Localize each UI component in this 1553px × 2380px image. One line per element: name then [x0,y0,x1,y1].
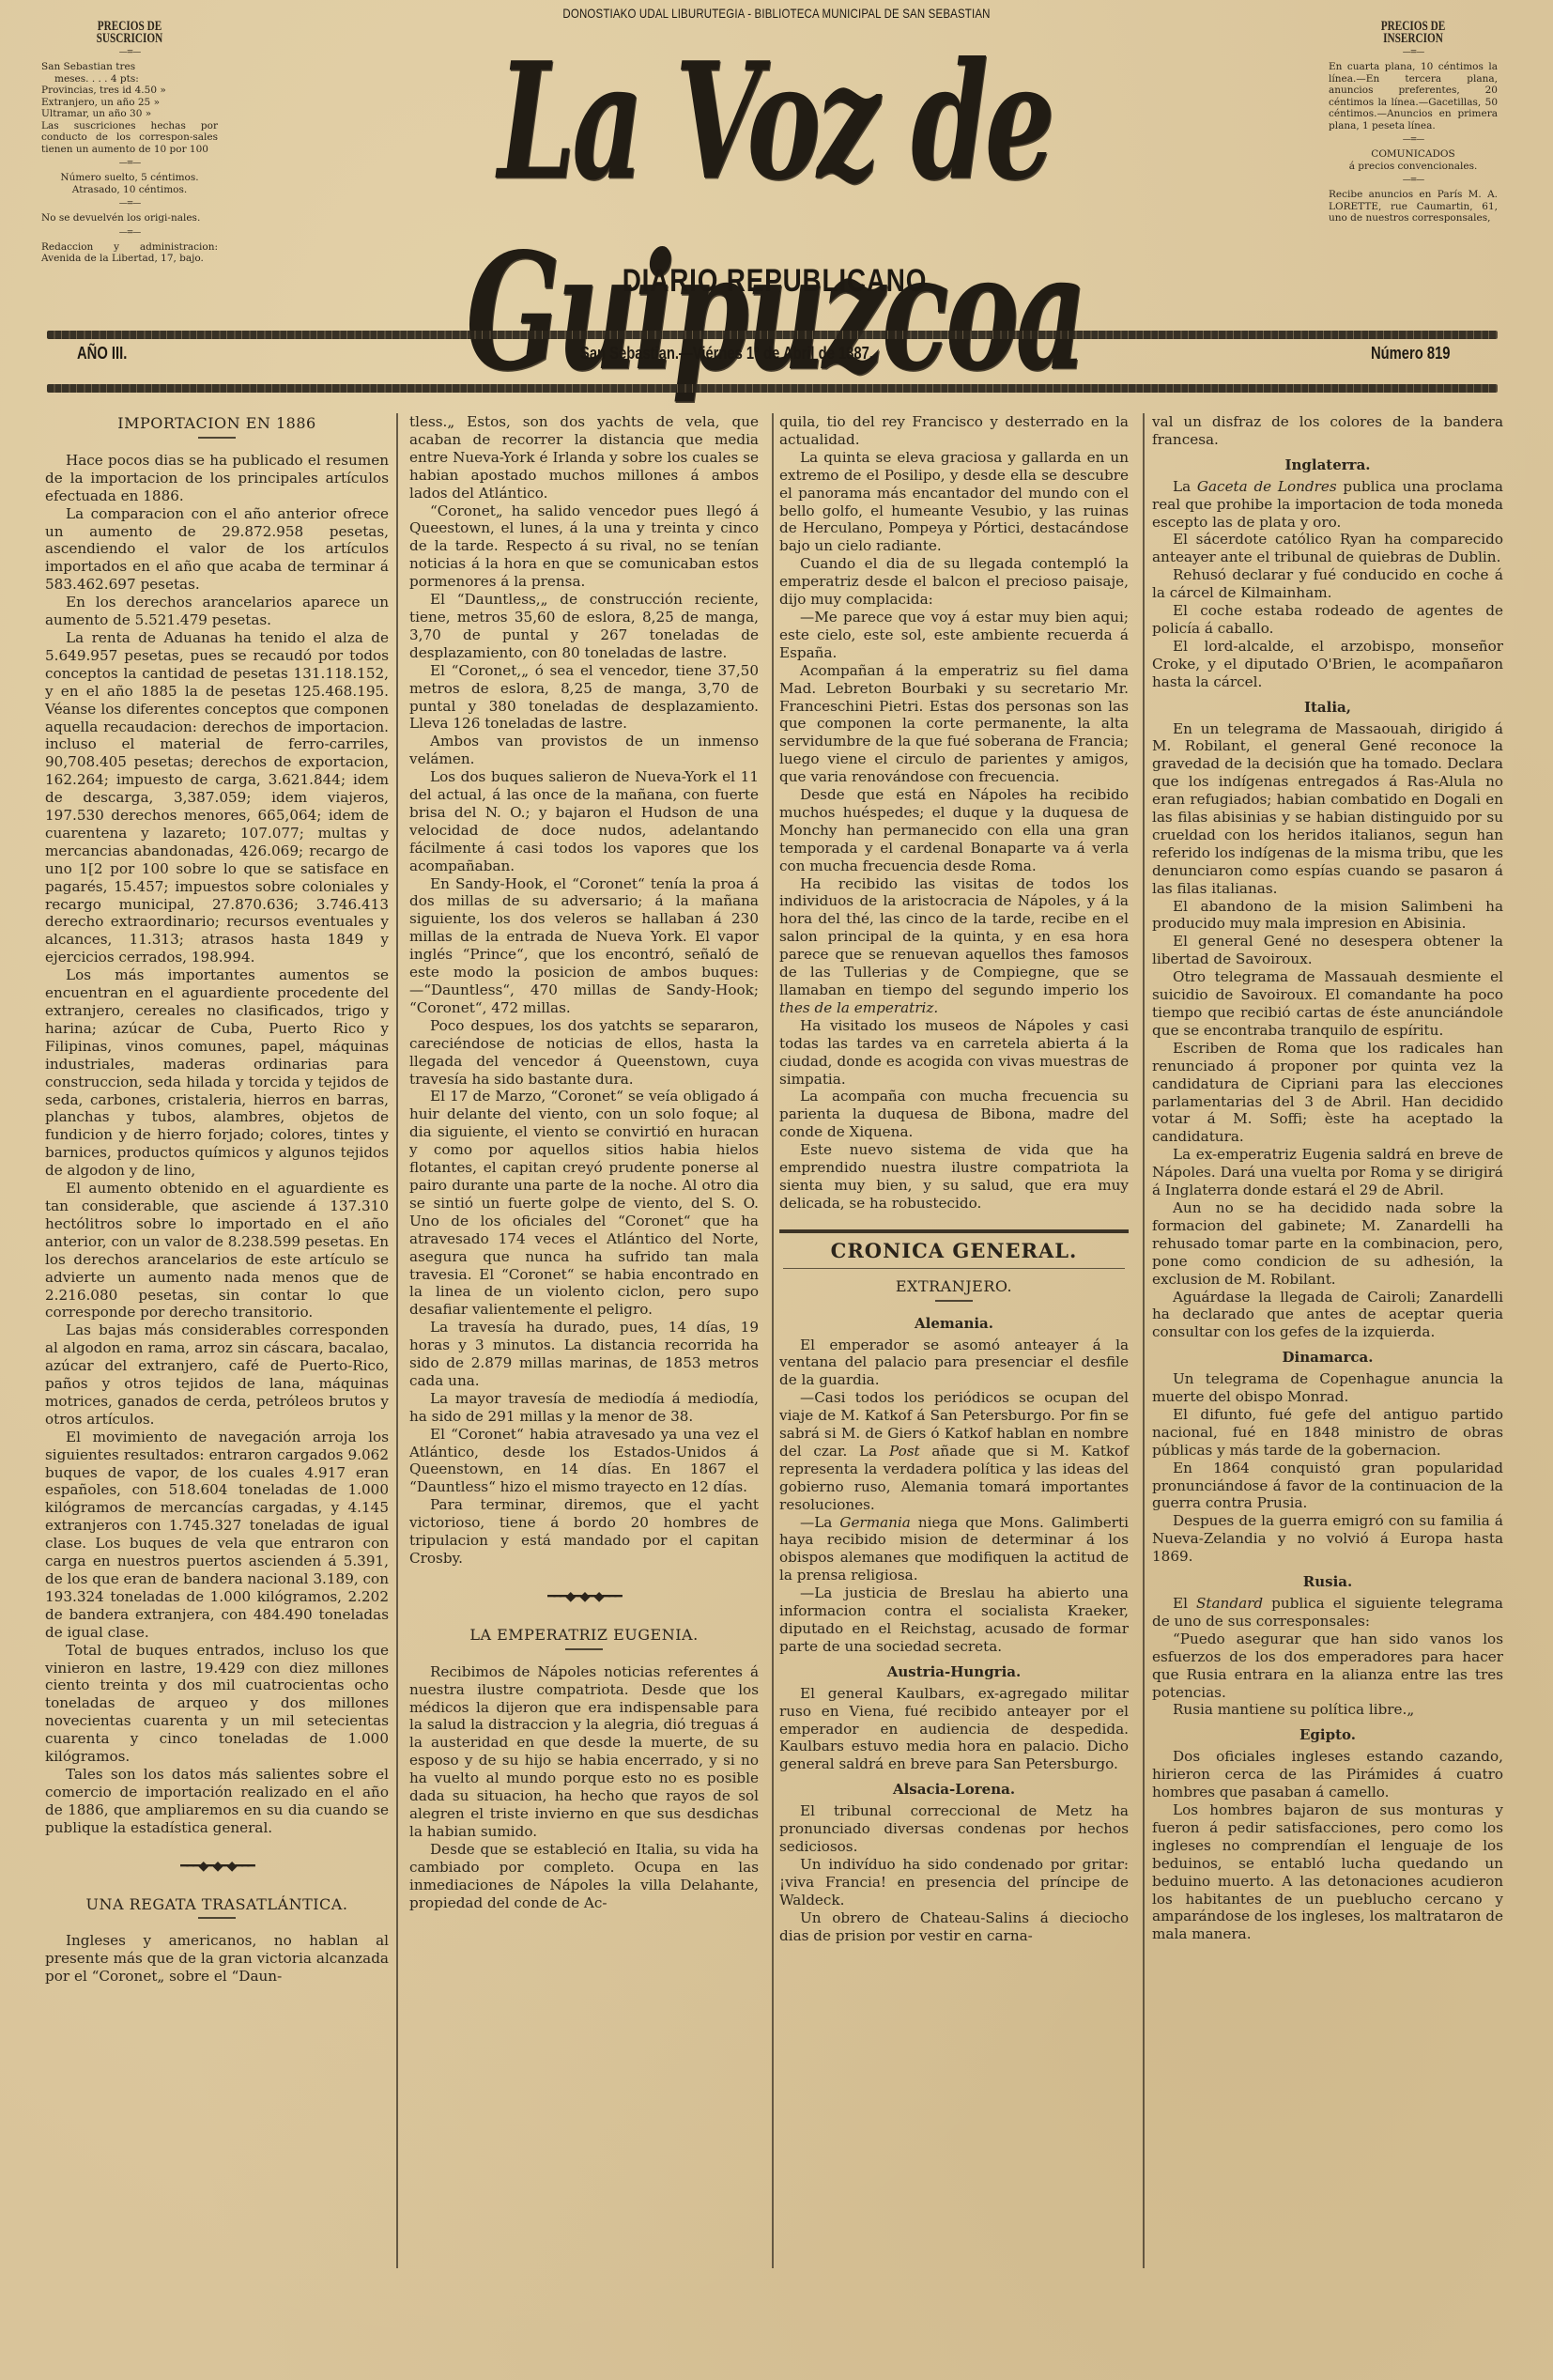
article-paragraph: La renta de Aduanas ha tenido el alza de… [45,629,389,966]
article-paragraph: En Sandy-Hook, el “Coronet“ tenía la pro… [409,875,759,1017]
text-run: La [1173,478,1197,495]
country-heading-egipto: Egipto. [1152,1726,1503,1744]
news-paragraph: El sácerdote católico Ryan ha comparecid… [1152,531,1503,566]
issue-date: San Sebastian.—Viérnes 1° de Abril de 18… [580,344,873,363]
country-heading-dinamarca: Dinamarca. [1152,1349,1503,1367]
news-paragraph: “Puedo asegurar que han sido vanos los e… [1152,1630,1503,1702]
article-paragraph: La acompaña con mucha frecuencia su pari… [779,1088,1129,1141]
news-paragraph: Rusia mantiene su política libre.„ [1152,1701,1503,1719]
single-issue-price: Número suelto, 5 céntimos. [41,172,218,184]
price-line: San Sebastian tres [41,61,218,73]
news-paragraph: El coche estaba rodeado de agentes de po… [1152,602,1503,638]
subscription-heading: PRECIOS DE SUSCRICION [64,21,196,44]
news-paragraph: Despues de la guerra emigró con su famil… [1152,1512,1503,1566]
insertion-rates: En cuarta plana, 10 céntimos la línea.—E… [1329,61,1498,131]
ornament-divider: —=— [41,199,218,209]
column-1: IMPORTACION EN 1886 Hace pocos dias se h… [45,413,389,1986]
subsection-heading-extranjero: EXTRANJERO. [779,1278,1129,1296]
article-paragraph: El movimiento de navegación arroja los s… [45,1429,389,1642]
news-paragraph: —La Germania niega que Mons. Galimberti … [779,1514,1129,1585]
article-title-eugenia: LA EMPERATRIZ EUGENIA. [409,1627,759,1645]
italic-text: Germania [839,1514,911,1531]
article-paragraph: Para terminar, diremos, que el yacht vic… [409,1496,759,1568]
article-paragraph: tless.„ Estos, son dos yachts de vela, q… [409,413,759,502]
masthead-rule-top [47,331,1498,339]
article-paragraph: Ingleses y americanos, no hablan al pres… [45,1932,389,1986]
article-paragraph: Desde que está en Nápoles ha recibido mu… [779,786,1129,875]
comunicados-heading: COMUNICADOS [1329,148,1498,161]
article-paragraph: Hace pocos dias se ha publicado el resum… [45,452,389,505]
article-paragraph: La travesía ha durado, pues, 14 días, 19… [409,1319,759,1390]
article-paragraph: Tales son los datos más salientes sobre … [45,1766,389,1837]
country-heading-alsacia: Alsacia-Lorena. [779,1781,1129,1799]
article-paragraph: Los dos buques salieron de Nueva-York el… [409,768,759,874]
article-paragraph: Poco despues, los dos yatchts se separar… [409,1017,759,1089]
article-paragraph: Ambos van provistos de un inmenso veláme… [409,733,759,768]
issue-number: Número 819 [1371,344,1450,363]
originals-note: No se devuelvén los origi-nales. [41,212,218,224]
newspaper-subtitle: DIARIO REPUBLICANO [332,263,1218,300]
insertion-prices-box: PRECIOS DE INSERCION —=— En cuarta plana… [1329,21,1498,224]
news-paragraph: En un telegrama de Massaouah, dirigido á… [1152,720,1503,898]
section-rule-thin [783,1268,1125,1269]
section-heading-cronica: CRONICA GENERAL. [779,1243,1129,1260]
ornament-divider: —=— [1329,135,1498,145]
article-paragraph: Total de buques entrados, incluso los qu… [45,1642,389,1766]
country-heading-inglaterra: Inglaterra. [1152,456,1503,474]
title-rule [565,1648,603,1650]
ornament-divider: ━━━◆━◆━◆━━━ [409,1588,759,1606]
news-paragraph: En 1864 conquistó gran popularidad pronu… [1152,1460,1503,1513]
article-paragraph: Desde que se estableció en Italia, su vi… [409,1841,759,1912]
office-address: Redaccion y administracion: Avenida de l… [41,241,218,265]
article-paragraph: —Me parece que voy á estar muy bien aqui… [779,609,1129,662]
news-paragraph: Escriben de Roma que los radicales han r… [1152,1040,1503,1146]
italic-text: Gaceta de Londres [1197,478,1337,495]
article-paragraph: “Coronet„ ha salido vencedor pues llegó … [409,502,759,592]
masthead-rule-bottom [47,384,1498,393]
news-paragraph: La Gaceta de Londres publica una proclam… [1152,478,1503,532]
news-paragraph: Dos oficiales ingleses estando cazando, … [1152,1748,1503,1801]
news-paragraph: Aun no se ha decidido nada sobre la form… [1152,1199,1503,1289]
ornament-divider: ━━━◆━◆━◆━━━ [45,1858,389,1876]
news-paragraph: val un disfraz de los colores de la band… [1152,413,1503,449]
column-3: quila, tio del rey Francisco y desterrad… [779,413,1129,1944]
back-issue-price: Atrasado, 10 céntimos. [41,184,218,196]
text-run: Ha recibido las visitas de todos los ind… [779,875,1129,998]
news-paragraph: El general Kaulbars, ex-agregado militar… [779,1685,1129,1774]
news-paragraph: Rehusó declarar y fué conducido en coche… [1152,566,1503,602]
article-paragraph: La mayor travesía de mediodía á mediodía… [409,1390,759,1426]
price-line: Provincias, tres id 4.50 » [41,85,218,97]
news-paragraph: El tribunal correccional de Metz ha pron… [779,1802,1129,1856]
price-note: Las suscriciones hechas por conducto de … [41,120,218,156]
title-rule [198,1917,236,1919]
news-paragraph: El difunto, fué gefe del antiguo partido… [1152,1406,1503,1460]
price-line: meses. . . . 4 pts: [41,73,218,85]
title-rule [935,1300,973,1302]
article-paragraph: Los más importantes aumentos se encuentr… [45,966,389,1180]
article-paragraph: Cuando el dia de su llegada contempló la… [779,555,1129,609]
article-paragraph: Ha recibido las visitas de todos los ind… [779,875,1129,1017]
news-paragraph: Los hombres bajaron de sus monturas y fu… [1152,1801,1503,1943]
article-title-regata: UNA REGATA TRASATLÁNTICA. [45,1896,389,1914]
article-paragraph: El aumento obtenido en el aguardiente es… [45,1180,389,1321]
article-paragraph: El 17 de Marzo, “Coronet“ se veía obliga… [409,1088,759,1319]
ornament-divider: —=— [41,48,218,57]
text-run: El [1173,1595,1196,1612]
text-run: —La [800,1514,839,1531]
column-divider [396,413,398,2268]
news-paragraph: El Standard publica el siguiente telegra… [1152,1595,1503,1630]
article-paragraph: quila, tio del rey Francisco y desterrad… [779,413,1129,449]
news-paragraph: El emperador se asomó anteayer á la vent… [779,1337,1129,1390]
column-divider [772,413,774,2268]
news-paragraph: Un obrero de Chateau-Salins á dieciocho … [779,1909,1129,1945]
country-heading-alemania: Alemania. [779,1315,1129,1333]
news-paragraph: —Casi todos los periódicos se ocupan del… [779,1389,1129,1513]
column-2: tless.„ Estos, son dos yachts de vela, q… [409,413,759,1911]
italic-text: thes de la emperatriz. [779,999,938,1016]
article-paragraph: El “Coronet“ habia atravesado ya una vez… [409,1426,759,1497]
article-paragraph: La quinta se eleva graciosa y gallarda e… [779,449,1129,555]
news-paragraph: Un indivíduo ha sido condenado por grita… [779,1856,1129,1909]
news-paragraph: El lord-alcalde, el arzobispo, monseñor … [1152,638,1503,691]
italic-text: Standard [1196,1595,1263,1612]
column-4: val un disfraz de los colores de la band… [1152,413,1503,1943]
article-paragraph: El “Dauntless,„ de construcción reciente… [409,591,759,662]
ornament-divider: —=— [1329,176,1498,185]
news-paragraph: El general Gené no desespera obtener la … [1152,933,1503,968]
italic-text: Post [889,1443,920,1460]
news-paragraph: Un telegrama de Copenhague anuncia la mu… [1152,1370,1503,1406]
country-heading-italia: Italia, [1152,699,1503,717]
year-label: AÑO III. [77,344,127,363]
section-rule [779,1229,1129,1233]
news-paragraph: Aguárdase la llegada de Cairoli; Zanarde… [1152,1289,1503,1342]
article-paragraph: En los derechos arancelarios aparece un … [45,594,389,629]
article-paragraph: Este nuevo sistema de vida que ha empren… [779,1141,1129,1213]
price-line: Extranjero, un año 25 » [41,97,218,109]
article-paragraph: Las bajas más considerables corresponden… [45,1321,389,1428]
insertion-heading: PRECIOS DE INSERCION [1350,21,1477,44]
article-paragraph: Ha visitado los museos de Nápoles y casi… [779,1017,1129,1089]
news-paragraph: Otro telegrama de Massauah desmiente el … [1152,968,1503,1040]
ornament-divider: —=— [41,228,218,238]
title-rule [198,437,236,439]
article-paragraph: Recibimos de Nápoles noticias referentes… [409,1663,759,1841]
article-paragraph: El “Coronet,„ ó sea el vencedor, tiene 3… [409,662,759,734]
ornament-divider: —=— [1329,48,1498,57]
subscription-prices-box: PRECIOS DE SUSCRICION —=— San Sebastian … [41,21,218,265]
article-paragraph: Acompañan á la emperatriz su fiel dama M… [779,662,1129,786]
comunicados-text: á precios convencionales. [1329,161,1498,173]
country-heading-austria: Austria-Hungria. [779,1663,1129,1681]
news-paragraph: El abandono de la mision Salimbeni ha pr… [1152,898,1503,934]
article-paragraph: La comparacion con el año anterior ofrec… [45,505,389,595]
news-paragraph: —La justicia de Breslau ha abierto una i… [779,1584,1129,1656]
paris-agent: Recibe anuncios en París M. A. LORETTE, … [1329,189,1498,224]
library-watermark: DONOSTIAKO UDAL LIBURUTEGIA - BIBLIOTECA… [140,6,1413,21]
country-heading-rusia: Rusia. [1152,1573,1503,1591]
news-paragraph: La ex-emperatriz Eugenia saldrá en breve… [1152,1146,1503,1199]
price-line: Ultramar, un año 30 » [41,108,218,120]
ornament-divider: —=— [41,159,218,168]
column-divider [1143,413,1145,2268]
article-title-importacion: IMPORTACION EN 1886 [45,415,389,433]
